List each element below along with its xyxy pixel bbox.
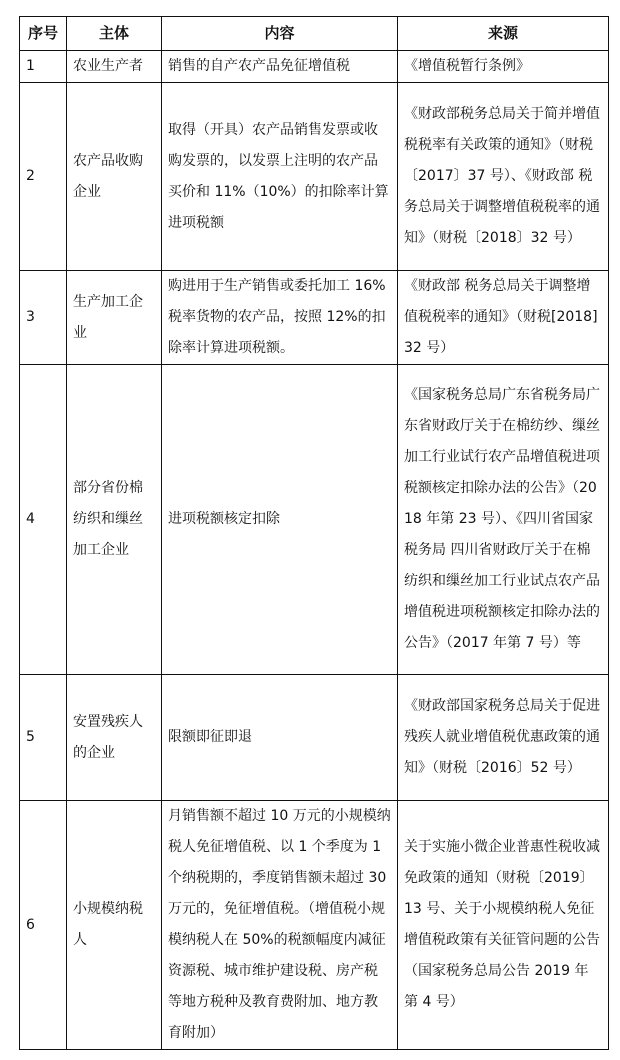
cell-source: 《财政部国家税务总局关于促进残疾人就业增值税优惠政策的通知》（财税〔2016〕5… — [398, 675, 609, 801]
table-row: 2 农产品收购企业 取得（开具）农产品销售发票或收购发票的，以发票上注明的农产品… — [20, 83, 609, 271]
header-no: 序号 — [20, 17, 67, 51]
policy-table: 序号 主体 内容 来源 1 农业生产者 销售的自产农产品免征增值税 《增值税暂行… — [19, 16, 609, 1050]
cell-no: 4 — [20, 365, 67, 675]
header-source: 来源 — [398, 17, 609, 51]
cell-source: 《增值税暂行条例》 — [398, 51, 609, 83]
table-header-row: 序号 主体 内容 来源 — [20, 17, 609, 51]
cell-subject: 农产品收购企业 — [67, 83, 162, 271]
cell-subject: 小规模纳税人 — [67, 801, 162, 1050]
table-row: 5 安置残疾人的企业 限额即征即退 《财政部国家税务总局关于促进残疾人就业增值税… — [20, 675, 609, 801]
cell-source: 《国家税务总局广东省税务局广东省财政厅关于在棉纺纱、缫丝加工行业试行农产品增值税… — [398, 365, 609, 675]
table-row: 3 生产加工企业 购进用于生产销售或委托加工 16%税率货物的农产品，按照 12… — [20, 271, 609, 365]
table-row: 1 农业生产者 销售的自产农产品免征增值税 《增值税暂行条例》 — [20, 51, 609, 83]
cell-subject: 生产加工企业 — [67, 271, 162, 365]
cell-no: 3 — [20, 271, 67, 365]
table-row: 6 小规模纳税人 月销售额不超过 10 万元的小规模纳税人免征增值税、以 1 个… — [20, 801, 609, 1050]
cell-source: 《财政部税务总局关于简并增值税税率有关政策的通知》（财税〔2017〕37 号）、… — [398, 83, 609, 271]
cell-source: 关于实施小微企业普惠性税收减免政策的通知（财税〔2019〕13 号、关于小规模纳… — [398, 801, 609, 1050]
cell-content: 进项税额核定扣除 — [162, 365, 398, 675]
cell-content: 销售的自产农产品免征增值税 — [162, 51, 398, 83]
header-content: 内容 — [162, 17, 398, 51]
cell-no: 5 — [20, 675, 67, 801]
cell-subject: 安置残疾人的企业 — [67, 675, 162, 801]
cell-content: 购进用于生产销售或委托加工 16%税率货物的农产品，按照 12%的扣除率计算进项… — [162, 271, 398, 365]
cell-source: 《财政部 税务总局关于调整增值税税率的通知》（财税[2018]32 号） — [398, 271, 609, 365]
cell-no: 2 — [20, 83, 67, 271]
cell-no: 6 — [20, 801, 67, 1050]
cell-content: 取得（开具）农产品销售发票或收购发票的，以发票上注明的农产品买价和 11%（10… — [162, 83, 398, 271]
cell-subject: 农业生产者 — [67, 51, 162, 83]
cell-no: 1 — [20, 51, 67, 83]
header-subject: 主体 — [67, 17, 162, 51]
cell-content: 限额即征即退 — [162, 675, 398, 801]
cell-content: 月销售额不超过 10 万元的小规模纳税人免征增值税、以 1 个季度为 1 个纳税… — [162, 801, 398, 1050]
table-row: 4 部分省份棉纺织和缫丝加工企业 进项税额核定扣除 《国家税务总局广东省税务局广… — [20, 365, 609, 675]
cell-subject: 部分省份棉纺织和缫丝加工企业 — [67, 365, 162, 675]
